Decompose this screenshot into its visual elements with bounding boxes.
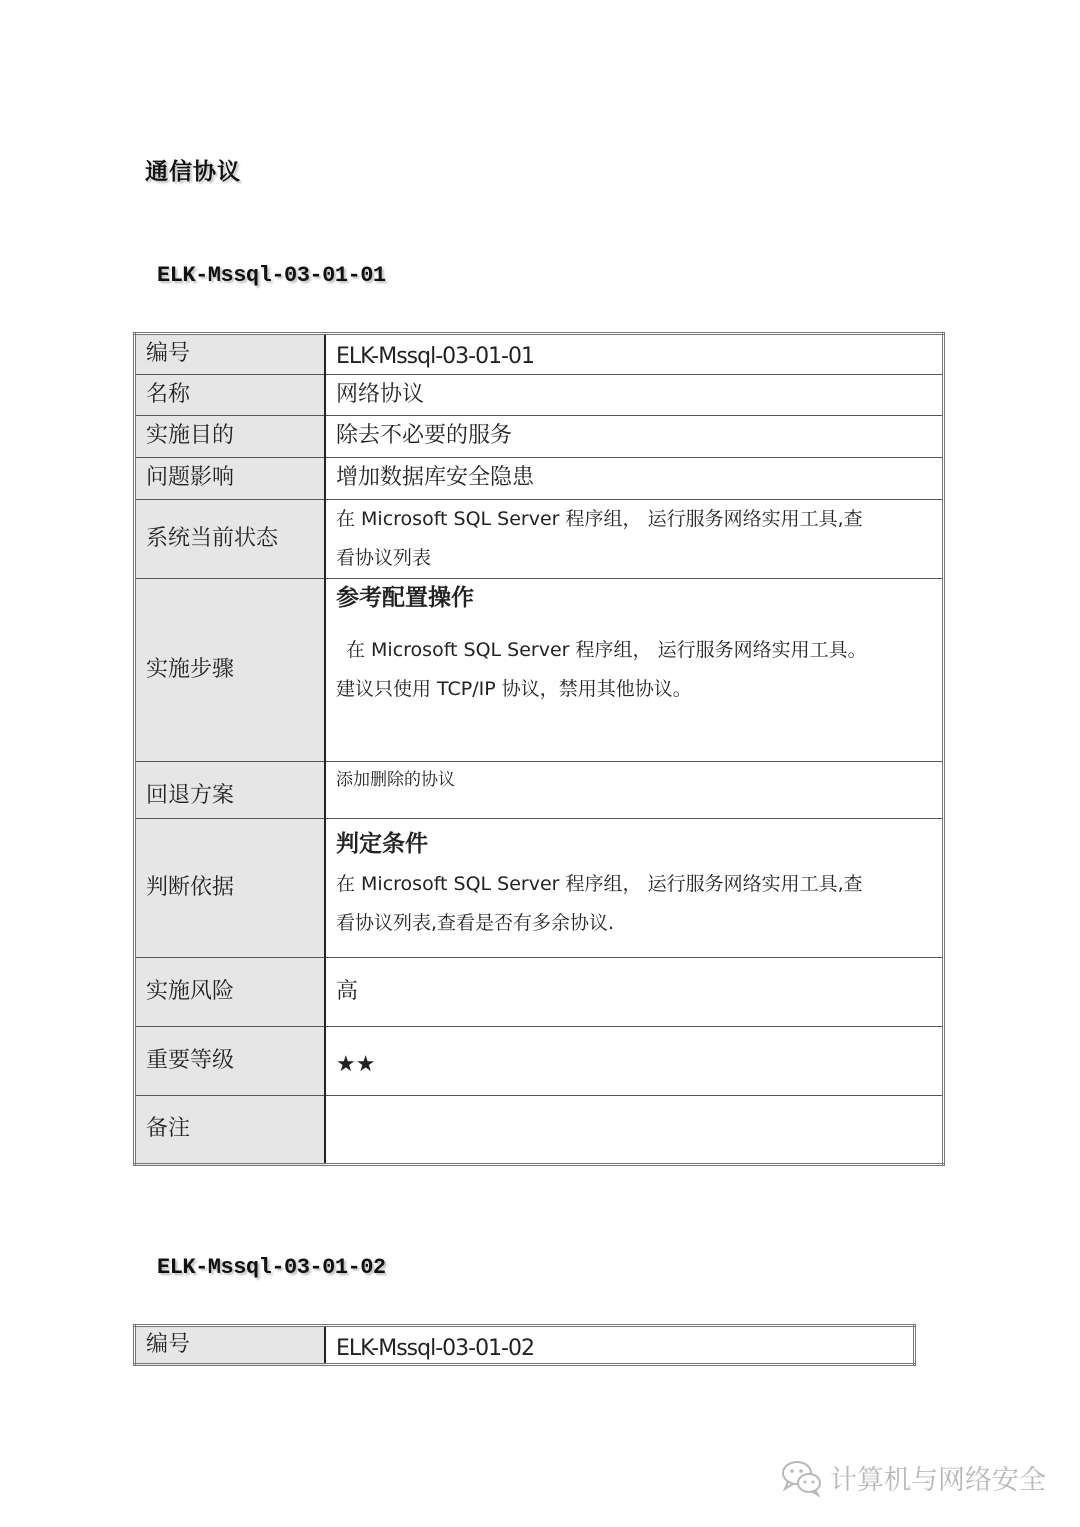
table-row-impact: 问题影响 增加数据库安全隐患	[135, 458, 944, 500]
row-label: 编号	[135, 334, 326, 375]
row-label: 编号	[135, 1326, 326, 1365]
item-heading: ELK-Mssql-03-01-02	[157, 1255, 386, 1280]
row-label: 备注	[135, 1096, 326, 1165]
wechat-icon	[780, 1457, 824, 1497]
row-value-criteria: 判定条件 在 Microsoft SQL Server 程序组， 运行服务网络实…	[325, 819, 944, 958]
table-row-criteria: 判断依据 判定条件 在 Microsoft SQL Server 程序组， 运行…	[135, 819, 944, 958]
steps-line-1: 在 Microsoft SQL Server 程序组， 运行服务网络实用工具。	[336, 631, 932, 670]
row-label: 判断依据	[135, 819, 326, 958]
current-state-line-1: 在 Microsoft SQL Server 程序组， 运行服务网络实用工具,查	[336, 500, 932, 539]
row-label: 实施步骤	[135, 579, 326, 762]
criteria-sub-heading: 判定条件	[336, 831, 932, 859]
table-row-purpose: 实施目的 除去不必要的服务	[135, 416, 944, 458]
watermark: 计算机与网络安全	[780, 1457, 1046, 1497]
row-label: 回退方案	[135, 762, 326, 819]
table-row-rollback: 回退方案 添加删除的协议	[135, 762, 944, 819]
row-label: 系统当前状态	[135, 500, 326, 579]
criteria-line-1: 在 Microsoft SQL Server 程序组， 运行服务网络实用工具,查	[336, 865, 932, 904]
row-label: 实施目的	[135, 416, 326, 458]
row-value-impact: 增加数据库安全隐患	[325, 458, 944, 500]
table-row-risk: 实施风险 高	[135, 958, 944, 1027]
row-value-name: 网络协议	[325, 375, 944, 416]
watermark-text: 计算机与网络安全	[830, 1458, 1046, 1497]
criteria-line-2: 看协议列表,查看是否有多余协议.	[336, 904, 932, 943]
importance-stars: ★★	[325, 1027, 944, 1096]
table-row-id: 编号 ELK-Mssql-03-01-01	[135, 334, 944, 375]
table-row-importance: 重要等级 ★★	[135, 1027, 944, 1096]
section-title: 通信协议	[145, 153, 241, 186]
row-value-id: ELK-Mssql-03-01-02	[325, 1326, 915, 1365]
row-value-risk: 高	[325, 958, 944, 1027]
table-row-steps: 实施步骤 参考配置操作 在 Microsoft SQL Server 程序组， …	[135, 579, 944, 762]
row-label: 重要等级	[135, 1027, 326, 1096]
row-value-id: ELK-Mssql-03-01-01	[325, 334, 944, 375]
row-value-current-state: 在 Microsoft SQL Server 程序组， 运行服务网络实用工具,查…	[325, 500, 944, 579]
table-row-notes: 备注	[135, 1096, 944, 1165]
table-row-name: 名称 网络协议	[135, 375, 944, 416]
row-value-notes	[325, 1096, 944, 1165]
current-state-line-2: 看协议列表	[336, 539, 932, 578]
steps-sub-heading: 参考配置操作	[336, 585, 932, 613]
spec-table: 编号 ELK-Mssql-03-01-02	[133, 1324, 916, 1366]
row-value-purpose: 除去不必要的服务	[325, 416, 944, 458]
table-row-current-state: 系统当前状态 在 Microsoft SQL Server 程序组， 运行服务网…	[135, 500, 944, 579]
table-row-id: 编号 ELK-Mssql-03-01-02	[135, 1326, 915, 1365]
row-value-rollback: 添加删除的协议	[325, 762, 944, 819]
spec-table: 编号 ELK-Mssql-03-01-01 名称 网络协议 实施目的 除去不必要…	[133, 332, 945, 1166]
row-value-steps: 参考配置操作 在 Microsoft SQL Server 程序组， 运行服务网…	[325, 579, 944, 762]
row-label: 名称	[135, 375, 326, 416]
row-label: 问题影响	[135, 458, 326, 500]
item-heading: ELK-Mssql-03-01-01	[157, 263, 386, 288]
row-label: 实施风险	[135, 958, 326, 1027]
steps-line-2: 建议只使用 TCP/IP 协议，禁用其他协议。	[336, 670, 932, 709]
